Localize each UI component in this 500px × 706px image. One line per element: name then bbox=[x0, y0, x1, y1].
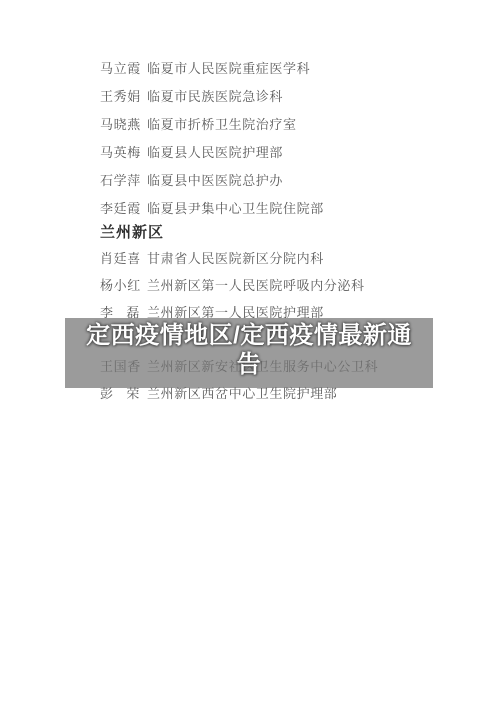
staff-name: 马英梅 bbox=[100, 139, 140, 167]
staff-row: 李廷霞临夏县尹集中心卫生院住院部 bbox=[100, 195, 480, 223]
headline-title: 定西疫情地区/定西疫情最新通 告 bbox=[65, 318, 433, 379]
staff-department: 临夏县尹集中心卫生院住院部 bbox=[147, 201, 324, 216]
staff-row: 肖廷喜甘肃省人民医院新区分院内科 bbox=[100, 245, 480, 272]
staff-department: 临夏县人民医院护理部 bbox=[147, 145, 283, 160]
staff-name: 马晓燕 bbox=[100, 111, 140, 139]
staff-row: 杨小红兰州新区第一人民医院呼吸内分泌科 bbox=[100, 272, 480, 299]
staff-department: 临夏市折桥卫生院治疗室 bbox=[147, 117, 297, 132]
staff-department: 临夏市人民医院重症医学科 bbox=[147, 61, 310, 76]
staff-department: 临夏市民族医院急诊科 bbox=[147, 89, 283, 104]
staff-department: 兰州新区第一人民医院呼吸内分泌科 bbox=[147, 278, 365, 293]
staff-row: 王秀娟临夏市民族医院急诊科 bbox=[100, 83, 480, 111]
staff-name: 李廷霞 bbox=[100, 195, 140, 223]
headline-overlay: 定西疫情地区/定西疫情最新通 告 bbox=[65, 318, 433, 388]
staff-department: 甘肃省人民医院新区分院内科 bbox=[147, 251, 324, 266]
staff-row: 马立霞临夏市人民医院重症医学科 bbox=[100, 55, 480, 83]
section-header-lanzhou-new-area: 兰州新区 bbox=[100, 221, 480, 245]
staff-name: 杨小红 bbox=[100, 272, 140, 299]
staff-list-linxia: 马立霞临夏市人民医院重症医学科 王秀娟临夏市民族医院急诊科 马晓燕临夏市折桥卫生… bbox=[100, 55, 480, 223]
staff-name: 马立霞 bbox=[100, 55, 140, 83]
staff-name: 王秀娟 bbox=[100, 83, 140, 111]
headline-title-line2: 告 bbox=[237, 351, 262, 378]
staff-name: 肖廷喜 bbox=[100, 245, 140, 272]
staff-department: 兰州新区西岔中心卫生院护理部 bbox=[147, 386, 337, 401]
staff-department: 临夏县中医医院总护办 bbox=[147, 173, 283, 188]
headline-title-line1: 定西疫情地区/定西疫情最新通 bbox=[86, 322, 412, 349]
staff-row: 马英梅临夏县人民医院护理部 bbox=[100, 139, 480, 167]
staff-name: 石学萍 bbox=[100, 167, 140, 195]
document-page: 马立霞临夏市人民医院重症医学科 王秀娟临夏市民族医院急诊科 马晓燕临夏市折桥卫生… bbox=[0, 0, 500, 706]
staff-row: 石学萍临夏县中医医院总护办 bbox=[100, 167, 480, 195]
staff-row: 马晓燕临夏市折桥卫生院治疗室 bbox=[100, 111, 480, 139]
